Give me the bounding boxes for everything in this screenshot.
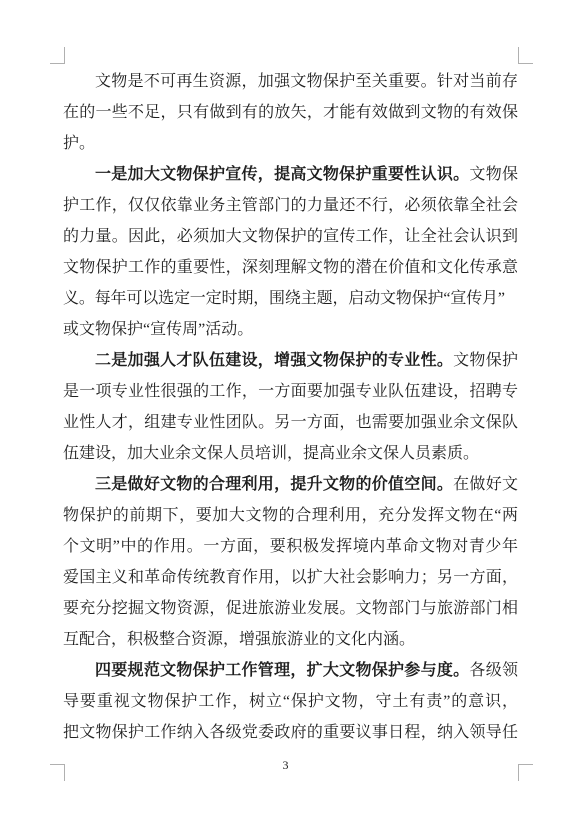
document-page: 文物是不可再生资源，加强文物保护至关重要。针对当前存 在的一些不足，只有做到有的… bbox=[0, 0, 583, 831]
bold-lead: 三是做好文物的合理利用，提升文物的价值空间。 bbox=[95, 476, 453, 493]
text-line: 文物保护工作的重要性，深刻理解文物的潜在价值和文化传承意 bbox=[63, 252, 518, 283]
text-body: 文物是不可再生资源，加强文物保护至关重要。针对当前存 在的一些不足，只有做到有的… bbox=[63, 66, 518, 748]
line-rest: 在做好文 bbox=[453, 476, 518, 493]
text-line: 义。每年可以选定一定时期，围绕主题，启动文物保护“宣传月” bbox=[63, 283, 518, 314]
page-number: 3 bbox=[63, 757, 508, 773]
text-line: 个文明”中的作用。一方面，要积极发挥境内革命文物对青少年 bbox=[63, 531, 518, 562]
text-line: 在的一些不足，只有做到有的放矢，才能有效做到文物的有效保 bbox=[63, 97, 518, 128]
text-line: 三是做好文物的合理利用，提升文物的价值空间。在做好文 bbox=[63, 469, 518, 500]
text-line: 爱国主义和革命传统教育作用，以扩大社会影响力；另一方面， bbox=[63, 562, 518, 593]
text-line: 把文物保护工作纳入各级党委政府的重要议事日程，纳入领导任 bbox=[63, 717, 518, 748]
crop-mark-bottom-right bbox=[518, 764, 533, 781]
bold-lead: 四要规范文物保护工作管理，扩大文物保护参与度。 bbox=[95, 662, 469, 679]
paragraph-point-3: 三是做好文物的合理利用，提升文物的价值空间。在做好文 物保护的前期下，要加大文物… bbox=[63, 469, 518, 655]
crop-mark-top-right bbox=[518, 47, 533, 64]
text-line: 文物是不可再生资源，加强文物保护至关重要。针对当前存 bbox=[63, 66, 518, 97]
text-line: 或文物保护“宣传周”活动。 bbox=[63, 314, 518, 345]
text-line: 一是加大文物保护宣传，提高文物保护重要性认识。文物保 bbox=[63, 159, 518, 190]
bold-lead: 一是加大文物保护宣传，提高文物保护重要性认识。 bbox=[95, 166, 469, 183]
paragraph-point-2: 二是加强人才队伍建设，增强文物保护的专业性。文物保护 是一项专业性很强的工作，一… bbox=[63, 345, 518, 469]
text-line: 互配合，积极整合资源，增强旅游业的文化内涵。 bbox=[63, 624, 518, 655]
text-line: 物保护的前期下，要加大文物的合理利用，充分发挥文物在“两 bbox=[63, 500, 518, 531]
line-rest: 文物保护 bbox=[453, 352, 518, 369]
text-line: 护工作，仅仅依靠业务主管部门的力量还不行，必须依靠全社会 bbox=[63, 190, 518, 221]
text-line: 二是加强人才队伍建设，增强文物保护的专业性。文物保护 bbox=[63, 345, 518, 376]
text-line: 四要规范文物保护工作管理，扩大文物保护参与度。各级领 bbox=[63, 655, 518, 686]
bold-lead: 二是加强人才队伍建设，增强文物保护的专业性。 bbox=[95, 352, 453, 369]
text-line: 导要重视文物保护工作，树立“保护文物，守土有责”的意识， bbox=[63, 686, 518, 717]
line-rest: 各级领 bbox=[469, 662, 518, 679]
text-line: 护。 bbox=[63, 128, 518, 159]
line-rest: 文物保 bbox=[469, 166, 518, 183]
paragraph-point-1: 一是加大文物保护宣传，提高文物保护重要性认识。文物保 护工作，仅仅依靠业务主管部… bbox=[63, 159, 518, 345]
text-line: 伍建设，加大业余文保人员培训，提高业余文保人员素质。 bbox=[63, 438, 518, 469]
text-line: 要充分挖掘文物资源，促进旅游业发展。文物部门与旅游部门相 bbox=[63, 593, 518, 624]
text-line: 是一项专业性很强的工作，一方面要加强专业队伍建设，招聘专 bbox=[63, 376, 518, 407]
text-line: 业性人才，组建专业性团队。另一方面，也需要加强业余文保队 bbox=[63, 407, 518, 438]
paragraph-point-4: 四要规范文物保护工作管理，扩大文物保护参与度。各级领 导要重视文物保护工作，树立… bbox=[63, 655, 518, 748]
text-line: 的力量。因此，必须加大文物保护的宣传工作，让全社会认识到 bbox=[63, 221, 518, 252]
paragraph-intro: 文物是不可再生资源，加强文物保护至关重要。针对当前存 在的一些不足，只有做到有的… bbox=[63, 66, 518, 159]
crop-mark-top-left bbox=[50, 47, 65, 64]
